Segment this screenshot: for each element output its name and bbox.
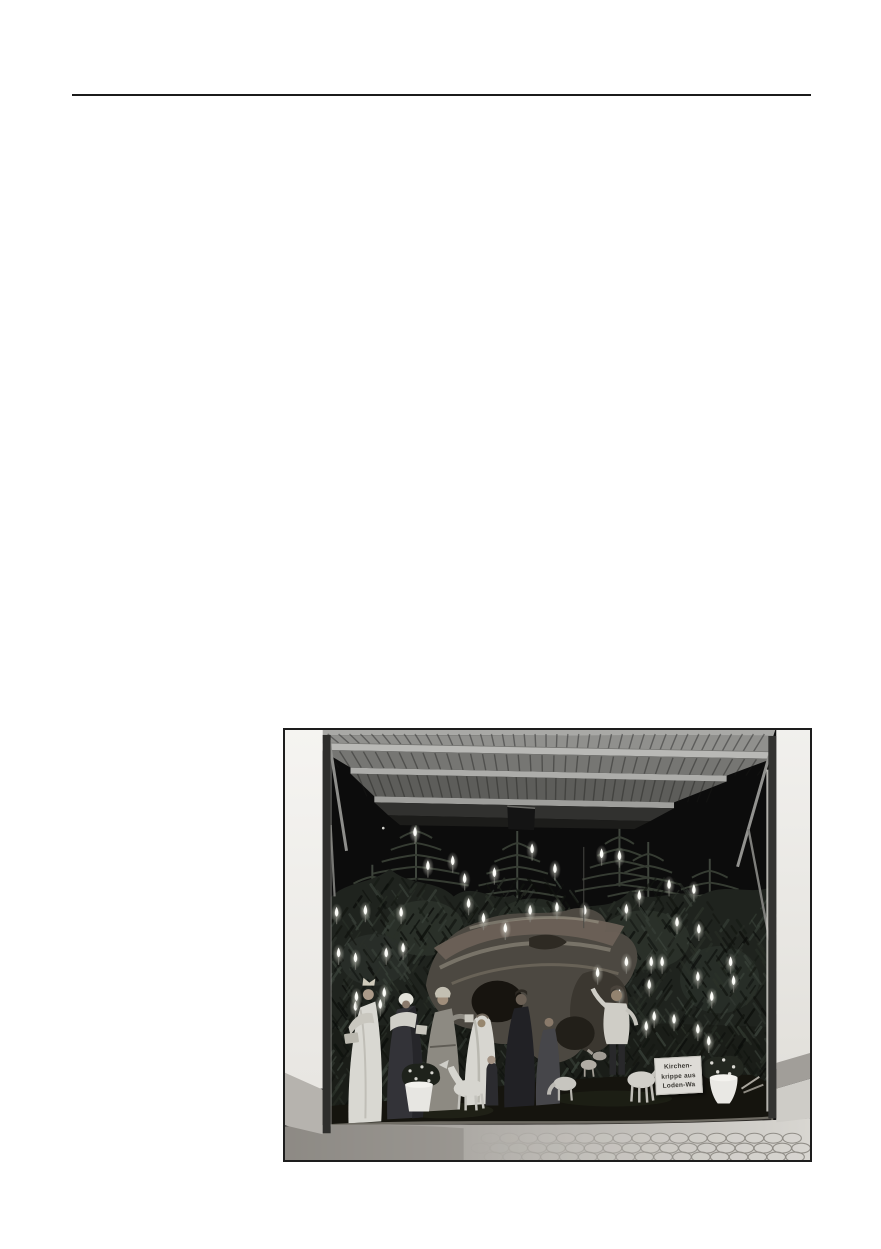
- sign-line-3: Loden-Wa: [656, 1080, 701, 1092]
- nativity-photo: Kirchen- krippe aus Loden-Wa: [283, 728, 812, 1162]
- krippe-sign: Kirchen- krippe aus Loden-Wa: [654, 1056, 703, 1095]
- cobblestone-pavement: [285, 1116, 810, 1160]
- header-rule: [72, 94, 811, 96]
- nativity-photo-graphic: [285, 730, 810, 1160]
- document-page: Kirchen- krippe aus Loden-Wa: [0, 0, 881, 1249]
- speaker-box: [507, 806, 535, 830]
- right-wall: [767, 730, 810, 1122]
- left-wall: [285, 730, 331, 1134]
